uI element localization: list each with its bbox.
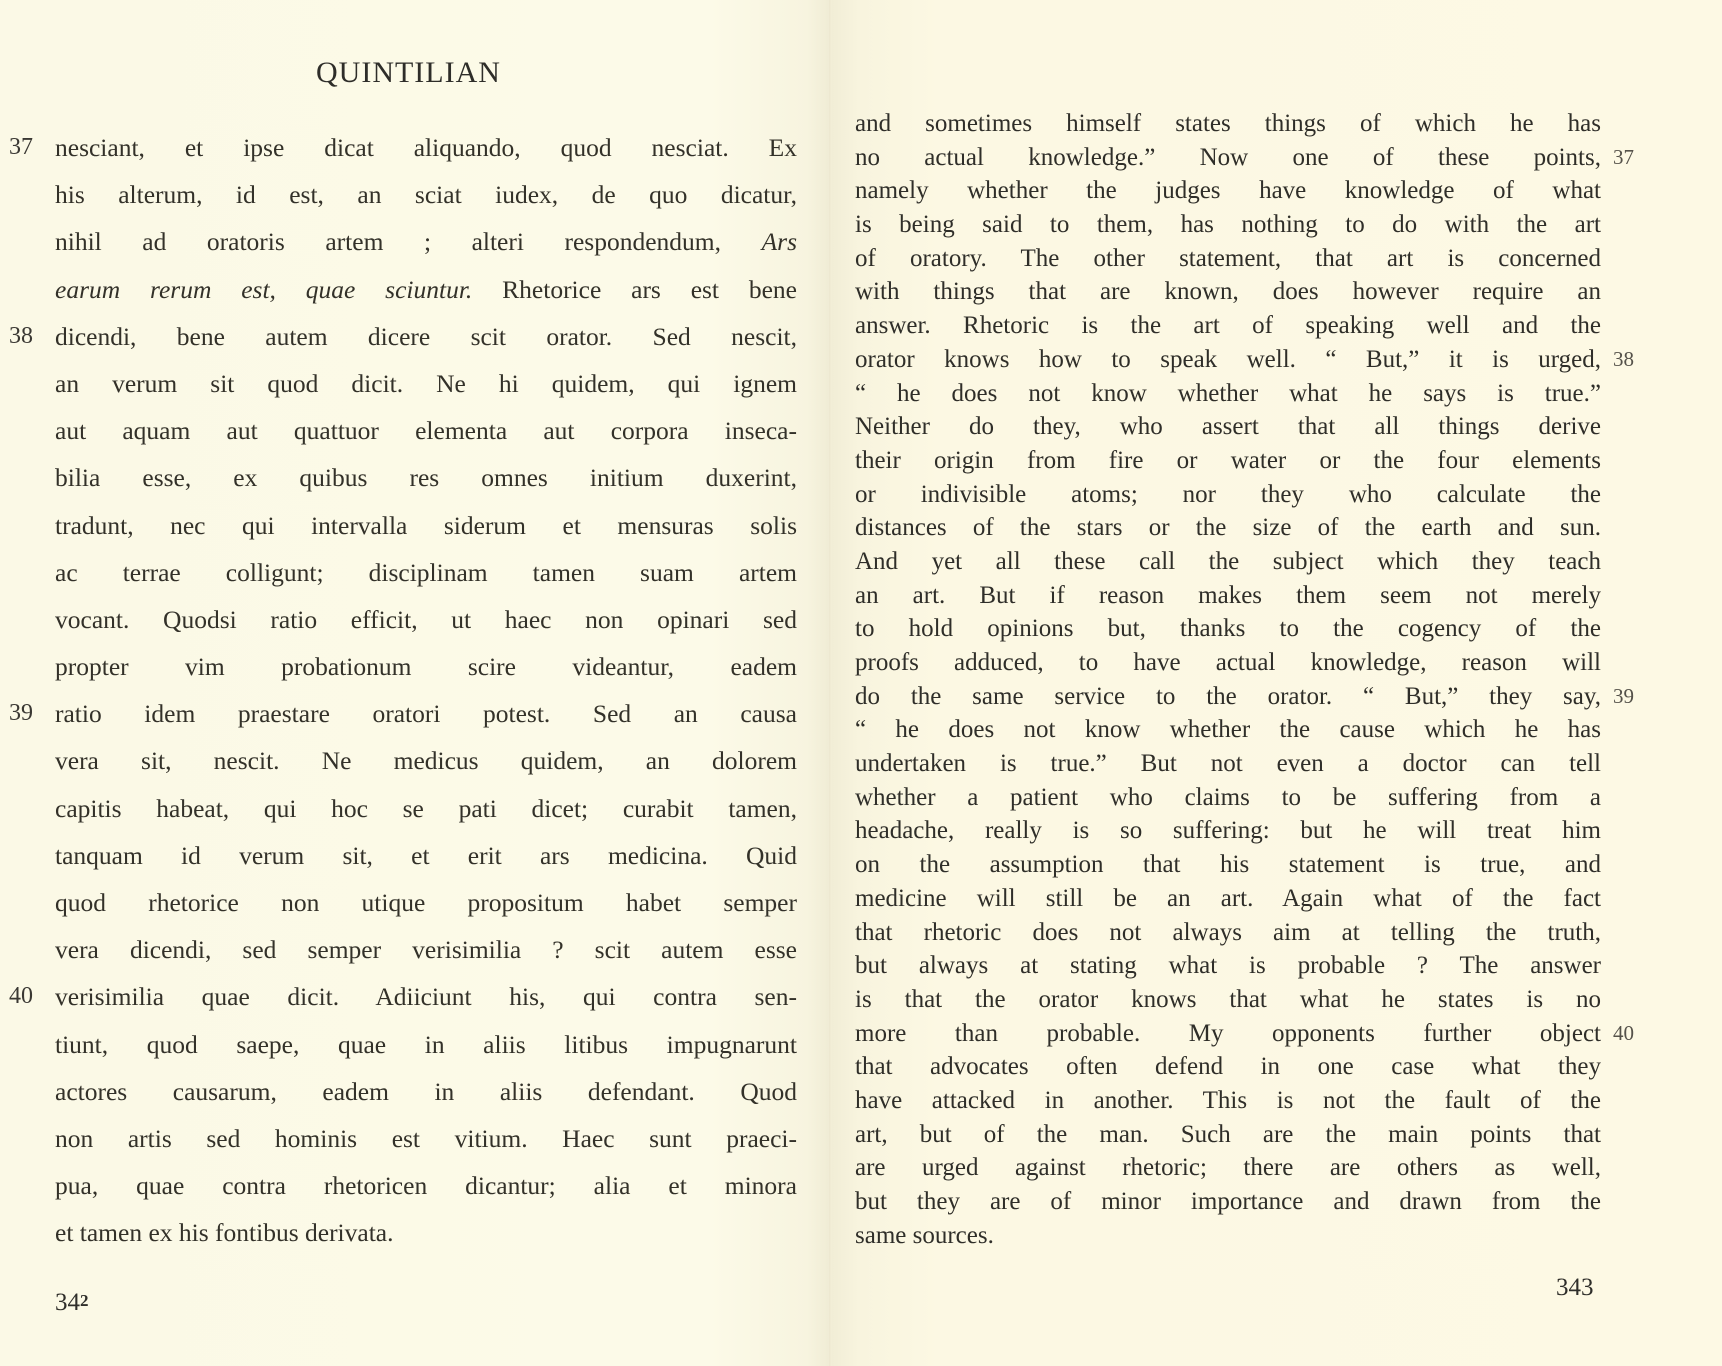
text-line: tradunt, nec qui intervalla siderum et m… bbox=[55, 502, 797, 549]
text-line: no actual knowledge.” Now one of these p… bbox=[855, 141, 1601, 175]
text-line: And yet all these call the subject which… bbox=[855, 545, 1601, 579]
text-line: quod rhetorice non utique propositum hab… bbox=[55, 879, 797, 926]
text-line: vocant. Quodsi ratio efficit, ut haec no… bbox=[55, 596, 797, 643]
section-number: 37 bbox=[1613, 141, 1647, 175]
text-line: on the assumption that his statement is … bbox=[855, 848, 1601, 882]
section-number: 38 bbox=[1613, 343, 1647, 377]
text-line: an art. But if reason makes them seem no… bbox=[855, 579, 1601, 613]
text-line: orator knows how to speak well. “ But,” … bbox=[855, 343, 1601, 377]
latin-text-block: 37nesciant, et ipse dicat aliquando, quo… bbox=[55, 124, 797, 1257]
section-number: 39 bbox=[1613, 680, 1647, 714]
text-line: pua, quae contra rhetoricen dicantur; al… bbox=[55, 1162, 797, 1209]
text-line: that rhetoric does not always aim at tel… bbox=[855, 916, 1601, 950]
text-line: proofs adduced, to have actual knowledge… bbox=[855, 646, 1601, 680]
text-line: et tamen ex his fontibus derivata. bbox=[55, 1209, 797, 1256]
text-line: undertaken is true.” But not even a doct… bbox=[855, 747, 1601, 781]
text-line: with things that are known, does however… bbox=[855, 275, 1601, 309]
text-line: tiunt, quod saepe, quae in aliis litibus… bbox=[55, 1021, 797, 1068]
text-line: medicine will still be an art. Again wha… bbox=[855, 882, 1601, 916]
text-line: vera dicendi, sed semper verisimilia ? s… bbox=[55, 926, 797, 973]
text-line: is that the orator knows that what he st… bbox=[855, 983, 1601, 1017]
text-line: answer. Rhetoric is the art of speaking … bbox=[855, 309, 1601, 343]
text-line: non artis sed hominis est vitium. Haec s… bbox=[55, 1115, 797, 1162]
text-line: propter vim probationum scire videantur,… bbox=[55, 643, 797, 690]
text-line: that advocates often defend in one case … bbox=[855, 1050, 1601, 1084]
text-line: actores causarum, eadem in aliis defenda… bbox=[55, 1068, 797, 1115]
italic-quote: Ars bbox=[762, 227, 797, 256]
italic-quote: earum rerum est, quae sciuntur. bbox=[55, 275, 472, 304]
text-line: but always at stating what is probable ?… bbox=[855, 949, 1601, 983]
text-line: to hold opinions but, thanks to the coge… bbox=[855, 612, 1601, 646]
running-head-left: QUINTILIAN bbox=[316, 56, 501, 90]
page-number-left: 342 bbox=[55, 1289, 89, 1317]
page-number-right: 343 bbox=[1556, 1274, 1594, 1302]
text-line: “ he does not know whether the cause whi… bbox=[855, 713, 1601, 747]
section-number: 40 bbox=[1613, 1017, 1647, 1051]
text-line: his alterum, id est, an sciat iudex, de … bbox=[55, 171, 797, 218]
text-line: are urged against rhetoric; there are ot… bbox=[855, 1151, 1601, 1185]
text-line: is being said to them, has nothing to do… bbox=[855, 208, 1601, 242]
text-line: 38dicendi, bene autem dicere scit orator… bbox=[55, 313, 797, 360]
text-line: Neither do they, who assert that all thi… bbox=[855, 410, 1601, 444]
text-line: or indivisible atoms; nor they who calcu… bbox=[855, 478, 1601, 512]
text-line: of oratory. The other statement, that ar… bbox=[855, 242, 1601, 276]
text-line: vera sit, nescit. Ne medicus quidem, an … bbox=[55, 737, 797, 784]
text-line: bilia esse, ex quibus res omnes initium … bbox=[55, 454, 797, 501]
text-line: but they are of minor importance and dra… bbox=[855, 1185, 1601, 1219]
text-line: headache, really is so suffering: but he… bbox=[855, 814, 1601, 848]
text-line: 37nesciant, et ipse dicat aliquando, quo… bbox=[55, 124, 797, 171]
text-line: same sources. bbox=[855, 1219, 1601, 1253]
text-line: their origin from fire or water or the f… bbox=[855, 444, 1601, 478]
text-line: an verum sit quod dicit. Ne hi quidem, q… bbox=[55, 360, 797, 407]
section-number: 37 bbox=[9, 124, 49, 171]
text-line: whether a patient who claims to be suffe… bbox=[855, 781, 1601, 815]
text-line: distances of the stars or the size of th… bbox=[855, 511, 1601, 545]
text-line: nihil ad oratoris artem ; alteri respond… bbox=[55, 218, 797, 265]
text-line: ac terrae colligunt; disciplinam tamen s… bbox=[55, 549, 797, 596]
english-text-block: and sometimes himself states things of w… bbox=[855, 107, 1601, 1252]
text-line: capitis habeat, qui hoc se pati dicet; c… bbox=[55, 785, 797, 832]
text-line: and sometimes himself states things of w… bbox=[855, 107, 1601, 141]
text-line: namely whether the judges have knowledge… bbox=[855, 174, 1601, 208]
section-number: 40 bbox=[9, 973, 49, 1020]
text-line: have attacked in another. This is not th… bbox=[855, 1084, 1601, 1118]
book-spread: QUINTILIAN 37nesciant, et ipse dicat ali… bbox=[0, 0, 1722, 1366]
text-line: do the same service to the orator. “ But… bbox=[855, 680, 1601, 714]
text-line: art, but of the man. Such are the main p… bbox=[855, 1118, 1601, 1152]
left-page: QUINTILIAN 37nesciant, et ipse dicat ali… bbox=[0, 0, 832, 1366]
text-line: 40verisimilia quae dicit. Adiiciunt his,… bbox=[55, 973, 797, 1020]
text-line: aut aquam aut quattuor elementa aut corp… bbox=[55, 407, 797, 454]
section-number: 39 bbox=[9, 690, 49, 737]
text-line: earum rerum est, quae sciuntur. Rhetoric… bbox=[55, 266, 797, 313]
text-line: “ he does not know whether what he says … bbox=[855, 377, 1601, 411]
text-line: 39ratio idem praestare oratori potest. S… bbox=[55, 690, 797, 737]
text-line: more than probable. My opponents further… bbox=[855, 1017, 1601, 1051]
text-line: tanquam id verum sit, et erit ars medici… bbox=[55, 832, 797, 879]
section-number: 38 bbox=[9, 313, 49, 360]
